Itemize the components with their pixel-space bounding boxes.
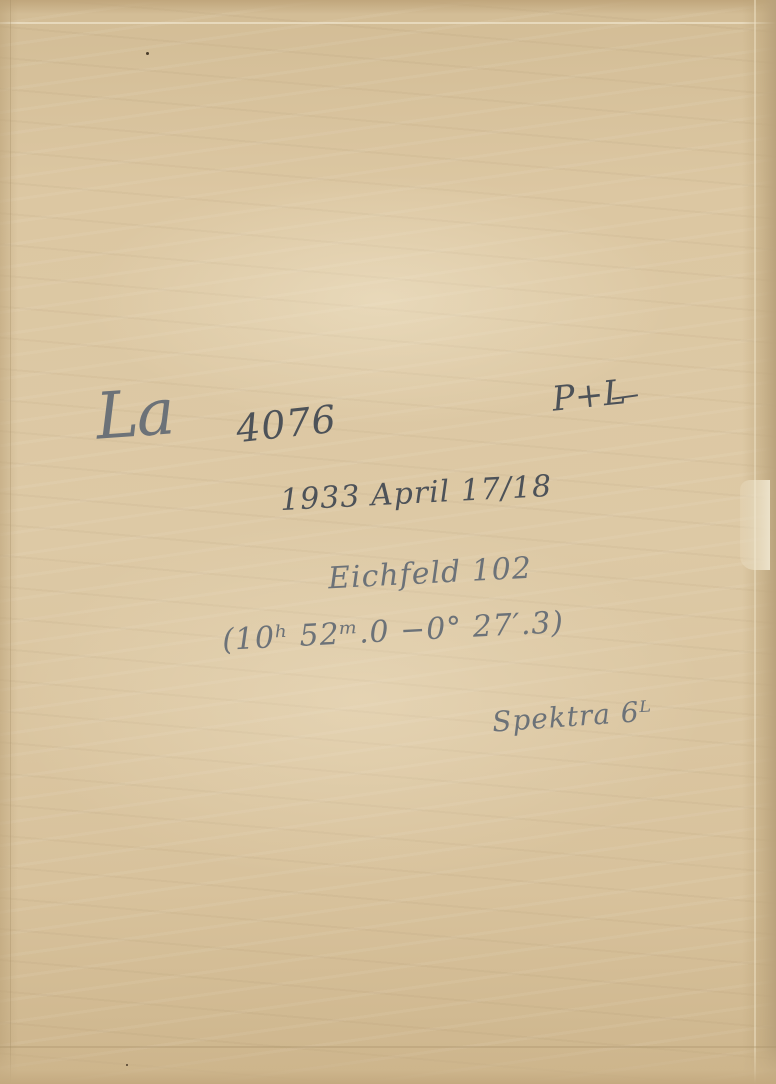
top-flap-fold (0, 22, 776, 24)
top-edge-shadow (0, 0, 776, 14)
catalog-number: 4076 (234, 397, 339, 451)
observation-date: 1933 April 17/18 (279, 469, 553, 518)
coordinates: (10ʰ 52ᵐ.0 −0° 27′.3) (221, 605, 565, 658)
bottom-edge-shadow (0, 1044, 776, 1084)
plate-mark: P+L (550, 372, 628, 420)
right-edge-tear (740, 480, 770, 570)
bottom-flap-fold (0, 1046, 776, 1048)
left-edge-shadow (0, 0, 18, 1084)
paper-speck (126, 1064, 128, 1066)
spectrum-note: Spektra 6ᴸ (491, 694, 653, 738)
paper-speck (146, 52, 149, 55)
catalog-prefix: La (94, 375, 176, 454)
instrument-label: Eichfeld 102 (327, 551, 533, 597)
envelope-paper: La 4076 P+L 1933 April 17/18 Eichfeld 10… (0, 0, 776, 1084)
left-fold-line (10, 0, 11, 1084)
